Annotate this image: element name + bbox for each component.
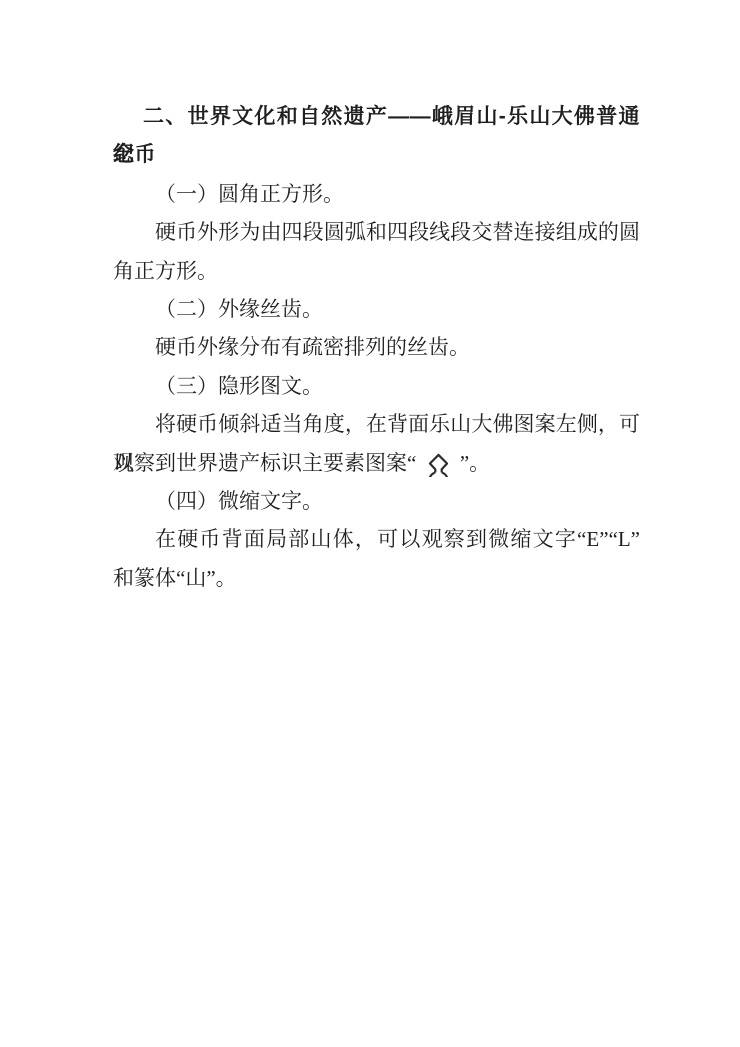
emblem-line-text-after: ”。 [455, 451, 491, 475]
paragraph-line: 将硬币倾斜适当角度，在背面乐山大佛图案左侧，可以 [113, 405, 640, 443]
paragraph-line: （三）隐形图文。 [113, 367, 640, 405]
emblem-line-text-before: 观察到世界遗产标识主要素图案“ [113, 451, 422, 475]
paragraph-line: 硬币外形为由四段圆弧和四段线段交替连接组成的圆 [113, 213, 640, 251]
heading-line: 二、世界文化和自然遗产——峨眉山-乐山大佛普通纪 [113, 98, 640, 136]
paragraph-line: 角正方形。 [113, 252, 640, 290]
heading-line: 念币 [113, 136, 640, 174]
paragraph-line: （四）微缩文字。 [113, 482, 640, 520]
paragraph-line-with-emblem: 观察到世界遗产标识主要素图案“ ”。 [113, 444, 640, 482]
world-heritage-emblem-icon [425, 450, 452, 477]
document-content: 二、世界文化和自然遗产——峨眉山-乐山大佛普通纪 念币 （一）圆角正方形。 硬币… [113, 98, 640, 597]
paragraph-line: 和篆体“山”。 [113, 559, 640, 597]
paragraph-line: （二）外缘丝齿。 [113, 290, 640, 328]
paragraph-line: 在硬币背面局部山体，可以观察到微缩文字“E”“L” [113, 520, 640, 558]
paragraph-line: 硬币外缘分布有疏密排列的丝齿。 [113, 328, 640, 366]
document-page: 二、世界文化和自然遗产——峨眉山-乐山大佛普通纪 念币 （一）圆角正方形。 硬币… [0, 0, 740, 1047]
paragraph-line: （一）圆角正方形。 [113, 175, 640, 213]
